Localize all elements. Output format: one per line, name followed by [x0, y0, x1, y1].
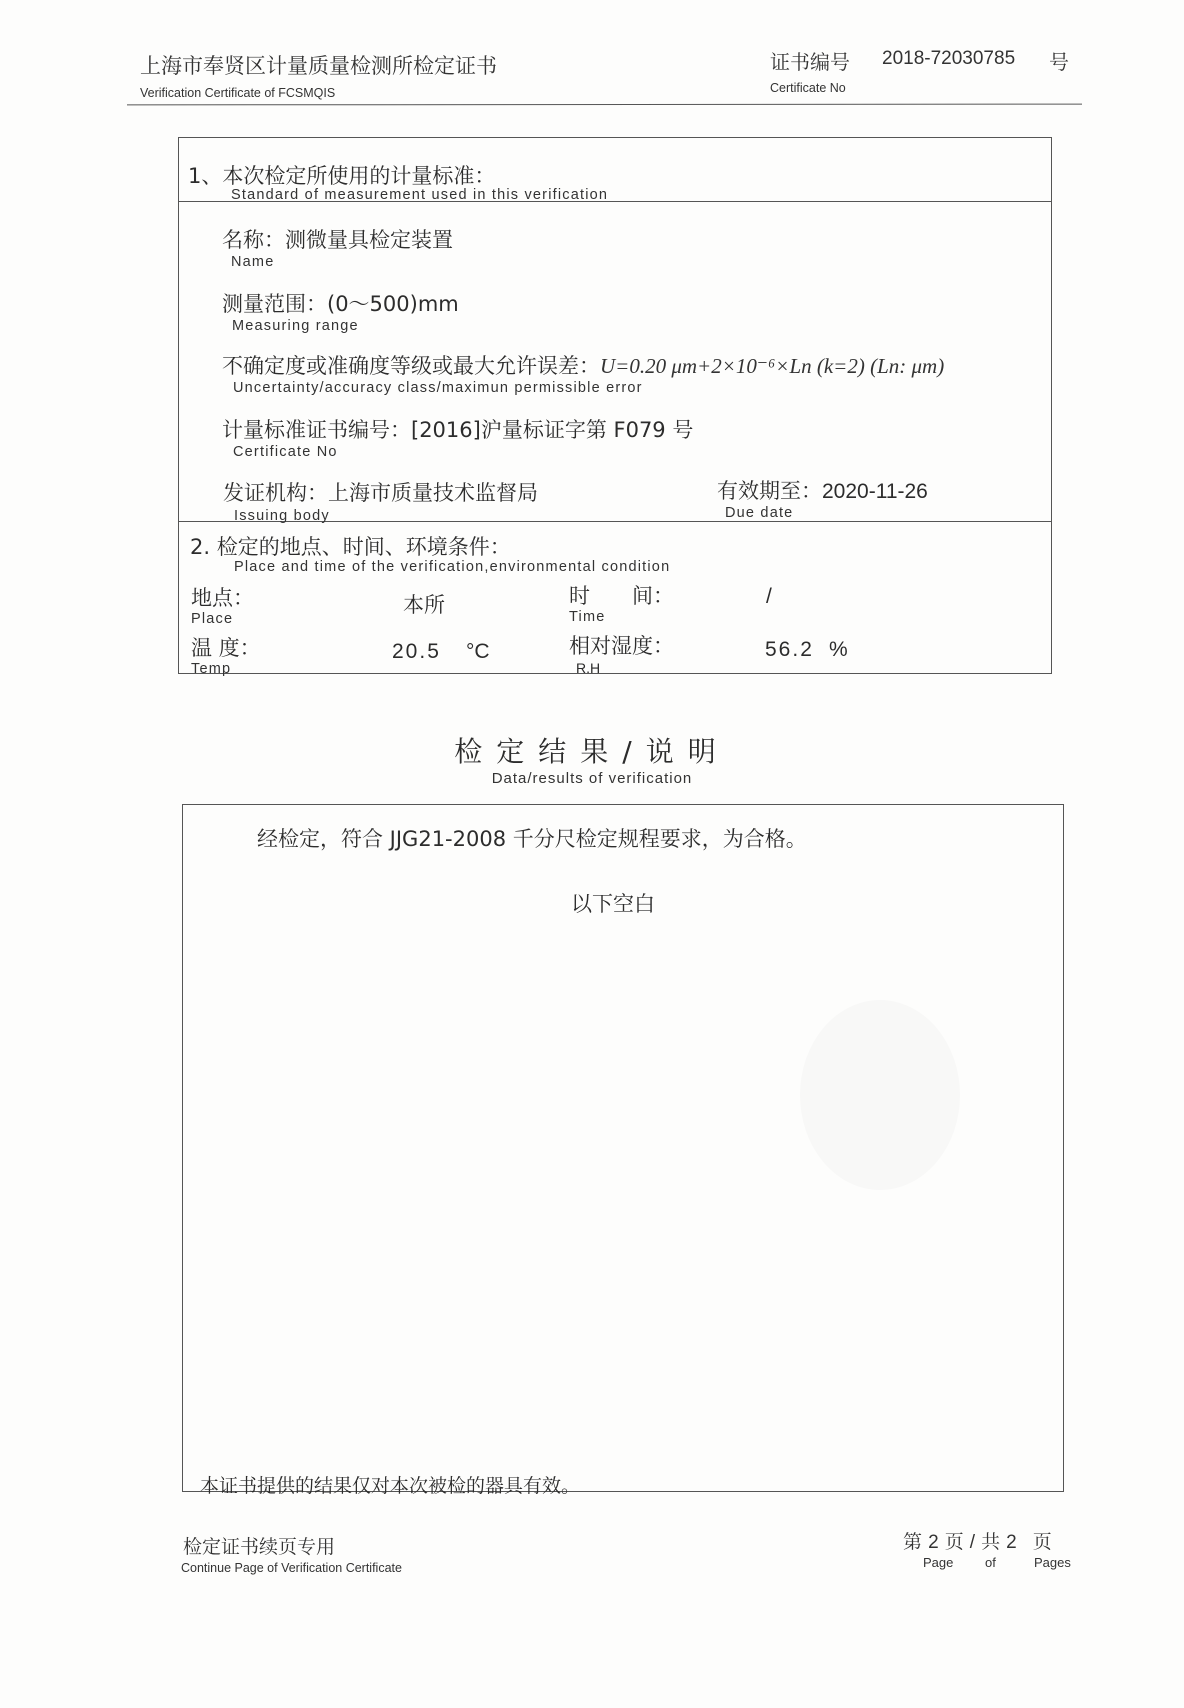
validity-note: 本证书提供的结果仅对本次被检的器具有效。	[200, 1471, 580, 1498]
temperature-label: 温 度：	[191, 632, 261, 662]
standard-certificate-en: Certificate No	[233, 444, 338, 460]
time-en: Time	[569, 609, 605, 625]
temperature-value: 20.5	[392, 640, 441, 664]
page-en: Page	[923, 1555, 953, 1570]
place-en: Place	[191, 611, 233, 627]
measuring-range-label: 测量范围：	[222, 292, 327, 316]
standard-name-value: 测微量具检定装置	[285, 228, 453, 252]
standard-name-row: 名称：测微量具检定装置	[222, 224, 453, 254]
uncertainty-en: Uncertainty/accuracy class/maximun permi…	[233, 380, 643, 396]
place-value: 本所	[403, 589, 445, 619]
verification-conclusion: 经检定，符合 JJG21-2008 千分尺检定规程要求，为合格。	[257, 823, 807, 853]
due-date-label: 有效期至：	[717, 479, 822, 503]
issuing-body-value: 上海市质量技术监督局	[328, 481, 538, 505]
total-word: 页	[1033, 1531, 1052, 1553]
page-separator: /	[970, 1532, 975, 1553]
section1-heading: 1、本次检定所使用的计量标准：	[188, 160, 495, 190]
continue-page-label: 检定证书续页专用	[183, 1532, 335, 1559]
temperature-unit: °C	[466, 640, 490, 664]
humidity-value: 56.2	[765, 638, 814, 662]
certificate-number-suffix: 号	[1049, 46, 1069, 75]
section2-heading-en: Place and time of the verification,envir…	[234, 559, 670, 575]
of-en: of	[985, 1555, 996, 1570]
temperature-en: Temp	[191, 661, 231, 677]
standard-name-en: Name	[231, 254, 274, 270]
pages-en: Pages	[1034, 1555, 1071, 1570]
measuring-range-row: 测量范围：(0～500)mm	[222, 288, 459, 318]
standard-certificate-row: 计量标准证书编号：[2016]沪量标证字第 F079 号	[222, 414, 693, 444]
uncertainty-row: 不确定度或准确度等级或最大允许误差：U=0.20 μm+2×10⁻⁶×Ln (k…	[222, 350, 944, 380]
total-prefix: 共	[981, 1531, 1000, 1553]
page-word: 页	[945, 1531, 964, 1553]
page-current: 2	[928, 1532, 939, 1553]
measuring-range-en: Measuring range	[232, 318, 359, 334]
due-date-row: 有效期至：2020-11-26	[717, 475, 928, 505]
uncertainty-value: U=0.20 μm+2×10⁻⁶×Ln (k=2) (Ln: μm)	[600, 354, 944, 378]
organization-title: 上海市奉贤区计量质量检测所检定证书	[140, 50, 497, 80]
due-date-value: 2020-11-26	[822, 480, 928, 503]
blank-below-note: 以下空白	[571, 888, 655, 918]
certificate-number-sublabel: Certificate No	[770, 81, 846, 95]
due-date-en: Due date	[725, 505, 793, 521]
section2-heading: 2. 检定的地点、时间、环境条件：	[190, 531, 511, 561]
uncertainty-label: 不确定度或准确度等级或最大允许误差：	[222, 354, 600, 378]
page-total: 2	[1006, 1532, 1017, 1553]
issuing-body-row: 发证机构：上海市质量技术监督局	[223, 477, 538, 507]
humidity-en: R.H	[576, 660, 600, 676]
results-title-en: Data/results of verification	[0, 770, 1184, 787]
issuing-body-en: Issuing body	[234, 508, 330, 524]
standard-name-label: 名称：	[222, 228, 285, 252]
page-indicator: 第 2 页 / 共 2 页	[903, 1527, 1052, 1554]
standard-certificate-label: 计量标准证书编号：	[222, 418, 411, 442]
results-title: 检定结果/说明	[0, 730, 1184, 770]
section1-heading-en: Standard of measurement used in this ver…	[231, 187, 608, 203]
place-label: 地点：	[191, 582, 254, 612]
issuing-body-label: 发证机构：	[223, 481, 328, 505]
header-divider	[127, 104, 1082, 106]
continue-page-en: Continue Page of Verification Certificat…	[181, 1561, 402, 1575]
certificate-number-label: 证书编号	[770, 46, 850, 75]
humidity-label: 相对湿度：	[569, 630, 674, 660]
certificate-number-value: 2018-72030785	[882, 48, 1015, 70]
measuring-range-value: (0～500)mm	[327, 292, 459, 316]
page-prefix: 第	[903, 1531, 922, 1553]
time-value: /	[766, 585, 772, 609]
standard-certificate-value: [2016]沪量标证字第 F079 号	[411, 418, 693, 442]
faint-stamp-mark	[800, 1000, 960, 1190]
organization-subtitle: Verification Certificate of FCSMQIS	[140, 86, 335, 100]
time-label: 时 间：	[569, 580, 674, 610]
humidity-unit: %	[829, 638, 848, 662]
